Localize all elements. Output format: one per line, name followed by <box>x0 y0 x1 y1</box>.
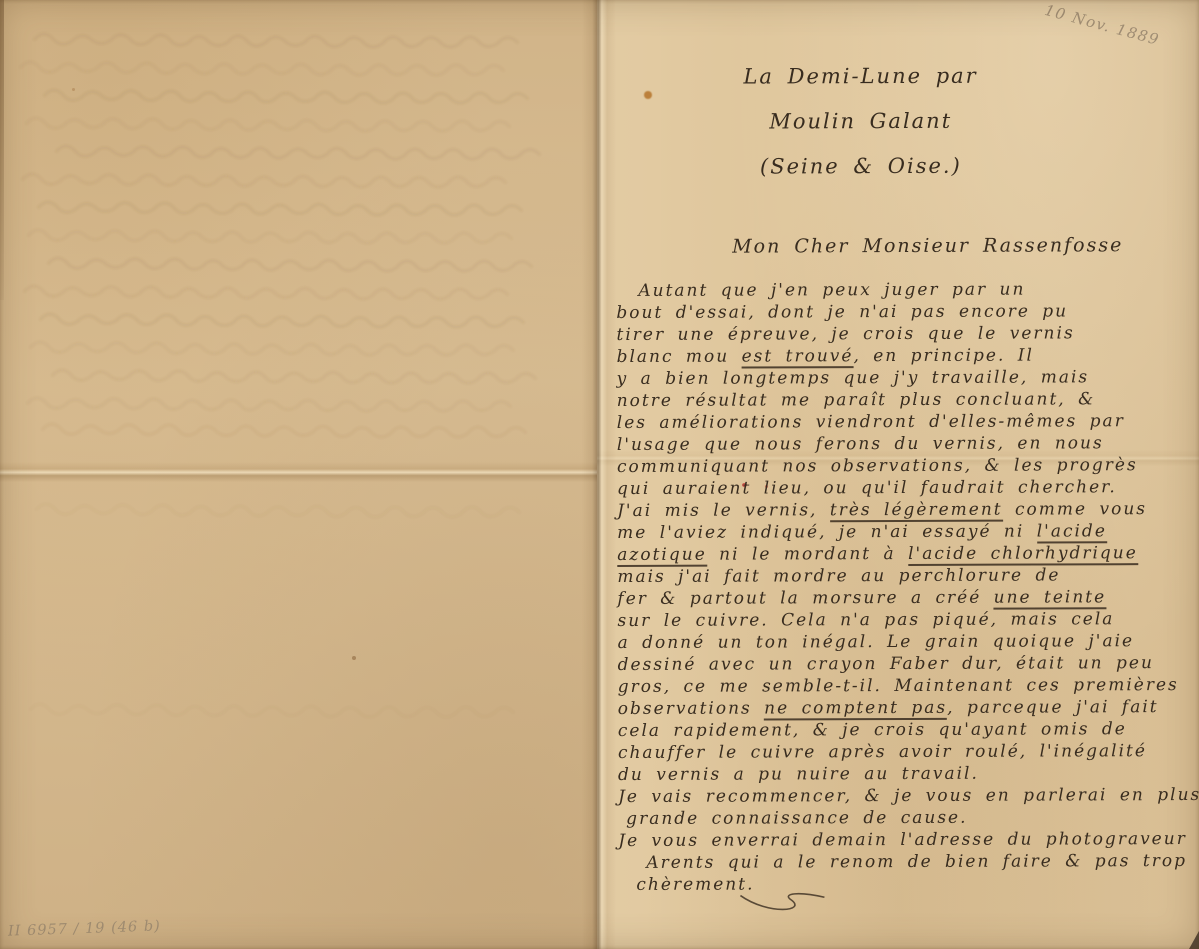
underlined-text: l'acide <box>1037 521 1107 543</box>
text-segment: blanc mou <box>617 347 742 367</box>
text-segment: les améliorations viendront d'elles-même… <box>617 411 1125 433</box>
corner-notch <box>1189 931 1199 949</box>
letter-line: qui auraient lieu, ou qu'il faudrait che… <box>617 476 1187 500</box>
heading-line: Moulin Galant <box>688 99 1034 145</box>
text-segment: mais j'ai fait mordre au perchlorure de <box>617 565 1060 587</box>
letter-line: observations ne comptent pas, parceque j… <box>618 696 1188 720</box>
letter-line: tirer une épreuve, je crois que le verni… <box>616 322 1186 346</box>
letter-line: gros, ce me semble-t-il. Maintenant ces … <box>618 674 1188 698</box>
horizontal-fold-crease <box>0 462 597 482</box>
paper-speck <box>352 656 356 660</box>
letter-line: azotique ni le mordant à l'acide chlorhy… <box>617 542 1187 566</box>
text-segment: gros, ce me semble-t-il. Maintenant ces … <box>618 675 1179 697</box>
underlined-text: ne comptent pas <box>764 698 947 721</box>
text-segment: sur le cuivre. Cela n'a pas piqué, mais … <box>617 609 1114 631</box>
letter-line: me l'aviez indiqué, je n'ai essayé ni l'… <box>617 520 1187 544</box>
letter-line: du vernis a pu nuire au travail. <box>618 762 1188 786</box>
text-segment: ni le mordant à <box>707 544 908 565</box>
text-segment: du vernis a pu nuire au travail. <box>618 764 979 785</box>
text-segment: comme vous <box>1003 499 1147 520</box>
text-segment: , parceque j'ai fait <box>947 697 1159 718</box>
heading-line: (Seine & Oise.) <box>688 144 1034 190</box>
salutation: Mon Cher Monsieur Rassenfosse <box>732 232 1186 260</box>
underlined-text: une teinte <box>994 587 1107 609</box>
letter-line: notre résultat me paraît plus concluant,… <box>617 388 1187 412</box>
text-segment: Arents qui a le renom de bien faire & pa… <box>646 851 1187 873</box>
letter-line: mais j'ai fait mordre au perchlorure de <box>617 564 1187 588</box>
date-annotation: 10 Nov. 1889 <box>1043 1 1162 49</box>
text-segment: Je vais recommencer, & je vous en parler… <box>618 785 1199 807</box>
paper-speck <box>72 88 75 91</box>
letter-line: blanc mou est trouvé, en principe. Il <box>617 344 1187 368</box>
letter-line: dessiné avec un crayon Faber dur, était … <box>618 652 1188 676</box>
text-segment: y a bien longtemps que j'y travaille, ma… <box>617 367 1090 389</box>
letter-line: Je vous enverrai demain l'adresse du pho… <box>618 828 1188 852</box>
letter-line: communiquant nos observations, & les pro… <box>617 454 1187 478</box>
letter-line: fer & partout la morsure a créé une tein… <box>617 586 1187 610</box>
letter-line: Autant que j'en peux juger par un <box>616 278 1186 302</box>
letter-line: J'ai mis le vernis, très légèrement comm… <box>617 498 1187 522</box>
underlined-text: très légèrement <box>830 500 1003 523</box>
text-segment: chauffer le cuivre après avoir roulé, l'… <box>618 741 1147 763</box>
letter-body: Autant que j'en peux juger par unbout d'… <box>616 278 1188 896</box>
letter-scan: II 6957 / 19 (46 b) 10 Nov. 1889 La Demi… <box>0 0 1199 949</box>
letter-line: les améliorations viendront d'elles-même… <box>617 410 1187 434</box>
text-segment: l'usage que nous ferons du vernis, en no… <box>617 433 1104 455</box>
text-segment: notre résultat me paraît plus concluant,… <box>617 389 1096 411</box>
letter-content: La Demi-Lune par Moulin Galant (Seine & … <box>615 53 1188 916</box>
letter-line: cela rapidement, & je crois qu'ayant omi… <box>618 718 1188 742</box>
heading-line: La Demi-Lune par <box>687 54 1033 100</box>
letter-line: grande connaissance de cause. <box>618 806 1188 830</box>
text-segment: a donné un ton inégal. Le grain quoique … <box>618 631 1135 653</box>
left-page: II 6957 / 19 (46 b) <box>0 0 597 949</box>
letter-line: l'usage que nous ferons du vernis, en no… <box>617 432 1187 456</box>
text-segment: , en principe. Il <box>853 346 1034 367</box>
paper-edge-shadow <box>0 0 4 300</box>
text-segment: dessiné avec un crayon Faber dur, était … <box>618 653 1154 675</box>
text-segment: bout d'essai, dont je n'ai pas encore pu <box>616 301 1068 323</box>
letter-heading: La Demi-Lune par Moulin Galant (Seine & … <box>687 54 1033 190</box>
text-segment: communiquant nos observations, & les pro… <box>617 455 1138 477</box>
letter-line: chauffer le cuivre après avoir roulé, l'… <box>618 740 1188 764</box>
letter-line: Je vais recommencer, & je vous en parler… <box>618 784 1188 808</box>
underlined-text: azotique <box>617 545 707 567</box>
text-segment: grande connaissance de cause. <box>626 808 967 829</box>
text-segment: fer & partout la morsure a créé <box>617 588 993 609</box>
letter-line: sur le cuivre. Cela n'a pas piqué, mais … <box>617 608 1187 632</box>
text-segment: Je vous enverrai demain l'adresse du pho… <box>618 829 1187 851</box>
underlined-text: est trouvé <box>742 346 854 368</box>
text-segment: qui auraient lieu, ou qu'il faudrait che… <box>617 477 1117 499</box>
text-segment: Autant que j'en peux juger par un <box>638 280 1025 301</box>
text-segment: chèrement. <box>636 875 754 895</box>
text-segment: observations <box>618 698 764 719</box>
letter-line: bout d'essai, dont je n'ai pas encore pu <box>616 300 1186 324</box>
letter-line: a donné un ton inégal. Le grain quoique … <box>618 630 1188 654</box>
text-segment: me l'aviez indiqué, je n'ai essayé ni <box>617 522 1037 543</box>
text-segment: tirer une épreuve, je crois que le verni… <box>616 323 1074 345</box>
text-segment: J'ai mis le vernis, <box>617 500 830 521</box>
letter-line: Arents qui a le renom de bien faire & pa… <box>618 850 1188 874</box>
text-segment: cela rapidement, & je crois qu'ayant omi… <box>618 719 1127 741</box>
right-page: 10 Nov. 1889 La Demi-Lune par Moulin Gal… <box>597 0 1199 949</box>
underlined-text: l'acide chlorhydrique <box>908 543 1138 566</box>
letter-line: chèrement. <box>618 872 1188 896</box>
letter-line: y a bien longtemps que j'y travaille, ma… <box>617 366 1187 390</box>
